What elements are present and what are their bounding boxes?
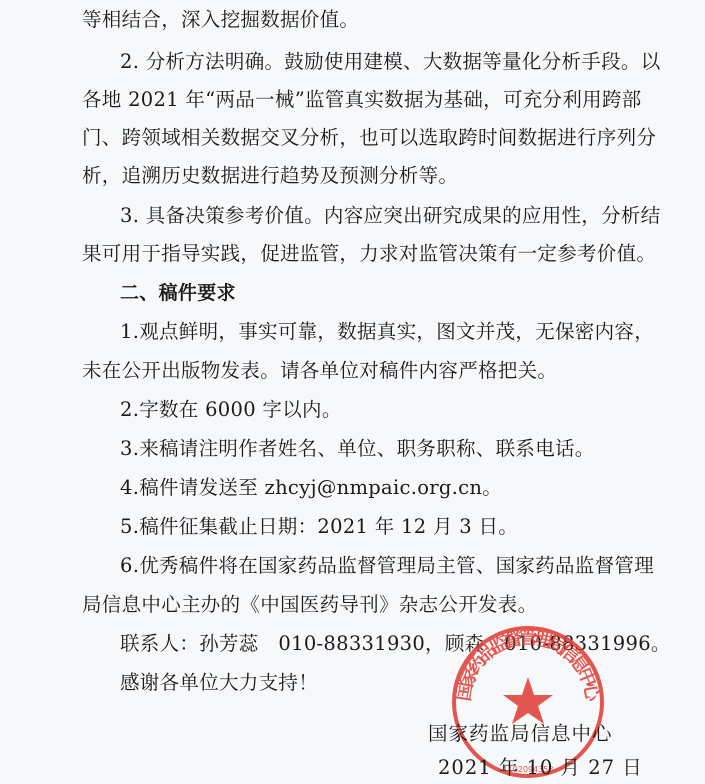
paragraph-line: 3. 具备决策参考价值。内容应突出研究成果的应用性，分析结 xyxy=(120,204,661,228)
thanks-line: 感谢各单位大力支持！ xyxy=(120,671,318,695)
paragraph-line: 果可用于指导实践，促进监管，力求对监管决策有一定参考价值。 xyxy=(82,242,656,266)
paragraph-line: 2.字数在 6000 字以内。 xyxy=(120,398,342,422)
paragraph-line: 等相结合，深入挖掘数据价值。 xyxy=(82,8,359,32)
paragraph-line: 6.优秀稿件将在国家药品监督管理局主管、国家药品监督管理 xyxy=(120,554,654,578)
paragraph-line: 3.来稿请注明作者姓名、单位、职务职称、联系电话。 xyxy=(120,437,595,461)
paragraph-line: 1.观点鲜明，事实可靠，数据真实，图文并茂，无保密内容， xyxy=(120,320,654,344)
paragraph-line: 析，追溯历史数据进行趋势及预测分析等。 xyxy=(82,164,458,188)
paragraph-line: 各地 2021 年“两品一械”监管真实数据为基础，可充分利用跨部 xyxy=(82,88,642,112)
document-page: 等相结合，深入挖掘数据价值。 2. 分析方法明确。鼓励使用建模、大数据等量化分析… xyxy=(0,0,705,784)
signature-date: 2021 年 10 月 27 日 xyxy=(438,752,643,780)
paragraph-line: 5.稿件征集截止日期：2021 年 12 月 3 日。 xyxy=(120,515,518,539)
section-heading: 二、稿件要求 xyxy=(120,281,236,305)
paragraph-line: 2. 分析方法明确。鼓励使用建模、大数据等量化分析手段。以 xyxy=(120,50,661,74)
paragraph-line: 未在公开出版物发表。请各单位对稿件内容严格把关。 xyxy=(82,359,557,383)
paragraph-line: 局信息中心主办的《中国医药导刊》杂志公开发表。 xyxy=(82,593,537,617)
signature-org: 国家药监局信息中心 xyxy=(428,718,613,746)
paragraph-line: 4.稿件请发送至 zhcyj@nmpaic.org.cn。 xyxy=(120,476,502,500)
paragraph-line: 门、跨领域相关数据交叉分析，也可以选取跨时间数据进行序列分 xyxy=(82,126,656,150)
contact-line: 联系人：孙芳蕊 010-88331930，顾森 010-88331996。 xyxy=(120,632,671,656)
